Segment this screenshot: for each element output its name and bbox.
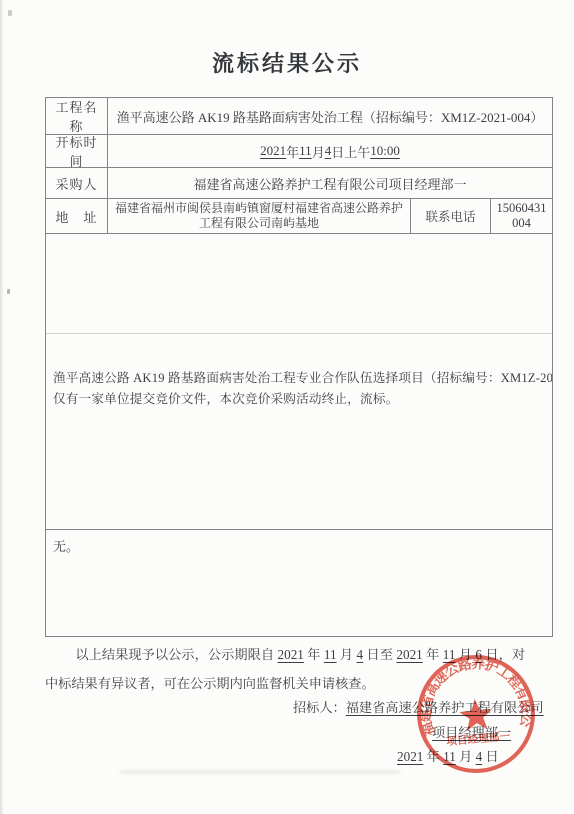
publicity-notice: 以上结果现予以公示，公示期限自 2021 年 11 月 4 日至 2021 年 …: [45, 640, 525, 698]
table-row-bidtime: 开标时间 2021 年 11 月 4 日上午 10:00: [46, 135, 552, 168]
scan-smudge: [120, 770, 400, 774]
page-title: 流标结果公示: [0, 47, 574, 78]
phone-value: 15060431004: [491, 199, 552, 233]
failure-statement: 渔平高速公路 AK19 路基路面病害处治工程专业合作队伍选择项目（招标编号：XM…: [46, 234, 552, 529]
scan-speck: [7, 289, 10, 294]
note-value: 无。: [46, 530, 552, 636]
table-row-note: 无。: [46, 530, 552, 636]
signature-date: 2021 年 11 月 4 日: [397, 746, 499, 765]
table-row-result: 渔平高速公路 AK19 路基路面病害处治工程专业合作队伍选择项目（招标编号：XM…: [46, 234, 552, 530]
failure-statement-line1: 渔平高速公路 AK19 路基路面病害处治工程专业合作队伍选择项目（招标编号：XM…: [53, 368, 545, 389]
scan-speck: [8, 10, 12, 16]
bidder-name: 福建省高速公路养护工程有限公司: [346, 700, 544, 715]
table-row-address: 地 址 福建省福州市闽侯县南屿镇窗厦村福建省高速公路养护工程有限公司南屿基地 联…: [46, 199, 552, 234]
project-name-value: 渔平高速公路 AK19 路基路面病害处治工程（招标编号：XM1Z-2021-00…: [108, 98, 552, 134]
bid-time-value: 2021 年 11 月 4 日上午 10:00: [108, 135, 552, 167]
bidder-label: 招标人：: [293, 700, 346, 715]
failure-statement-line2: 仅有一家单位提交竞价文件，本次竞价采购活动终止，流标。: [53, 389, 545, 410]
bidder-line: 招标人：福建省高速公路养护工程有限公司: [293, 697, 544, 716]
table-row-project: 工程名称 渔平高速公路 AK19 路基路面病害处治工程（招标编号：XM1Z-20…: [46, 98, 552, 135]
scan-crease-line: [46, 333, 552, 334]
purchaser-label: 采购人: [46, 168, 108, 198]
address-label: 地 址: [46, 199, 108, 233]
purchaser-value: 福建省高速公路养护工程有限公司项目经理部一: [108, 168, 552, 198]
phone-label: 联系电话: [411, 199, 491, 233]
info-table: 工程名称 渔平高速公路 AK19 路基路面病害处治工程（招标编号：XM1Z-20…: [45, 97, 553, 637]
address-value: 福建省福州市闽侯县南屿镇窗厦村福建省高速公路养护工程有限公司南屿基地: [108, 199, 411, 233]
bid-time-label: 开标时间: [46, 135, 108, 167]
table-row-purchaser: 采购人 福建省高速公路养护工程有限公司项目经理部一: [46, 168, 552, 199]
bidder-name-line2: 项目经理部一: [432, 722, 511, 741]
document-page: 流标结果公示 工程名称 渔平高速公路 AK19 路基路面病害处治工程（招标编号：…: [0, 0, 574, 814]
project-name-label: 工程名称: [46, 98, 108, 134]
